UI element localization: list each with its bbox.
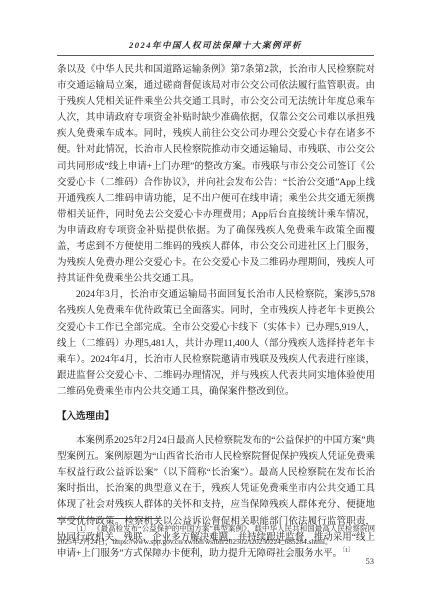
section-heading-selection-reason: 【入选理由】 bbox=[57, 409, 375, 425]
running-header: 2024年中国人权司法保障十大案例评析 bbox=[57, 39, 374, 56]
footnote-area: 〔1〕《最高检发布“公益保护的中国方案”典型案例》，载中华人民共和国最高人民检察… bbox=[57, 518, 375, 548]
header-rule bbox=[57, 55, 374, 56]
running-header-title: 2024年中国人权司法保障十大案例评析 bbox=[57, 39, 374, 51]
page-number: 53 bbox=[366, 556, 375, 566]
paragraph-case-outcome: 2024年3月，长治市交通运输局书面回复长治市人民检察院，案涉5,578名残疾人… bbox=[57, 287, 375, 400]
body-content: 条以及《中华人民共和国道路运输条例》第7条第2款，长治市人民检察院对市交通运输局… bbox=[57, 62, 375, 562]
footnote-reference: 〔1〕 bbox=[342, 548, 354, 554]
footnote-entry: 〔1〕《最高检发布“公益保护的中国方案”典型案例》，载中华人民共和国最高人民检察… bbox=[57, 523, 375, 548]
document-page: 2024年中国人权司法保障十大案例评析 条以及《中华人民共和国道路运输条例》第7… bbox=[0, 0, 427, 601]
paragraph-case-facts-continued: 条以及《中华人民共和国道路运输条例》第7条第2款，长治市人民检察院对市交通运输局… bbox=[57, 62, 375, 287]
footnote-marker: 〔1〕 bbox=[72, 524, 91, 533]
footnote-text: 《最高检发布“公益保护的中国方案”典型案例》，载中华人民共和国最高人民检察院网2… bbox=[57, 524, 375, 546]
footnote-separator-rule bbox=[57, 518, 161, 519]
